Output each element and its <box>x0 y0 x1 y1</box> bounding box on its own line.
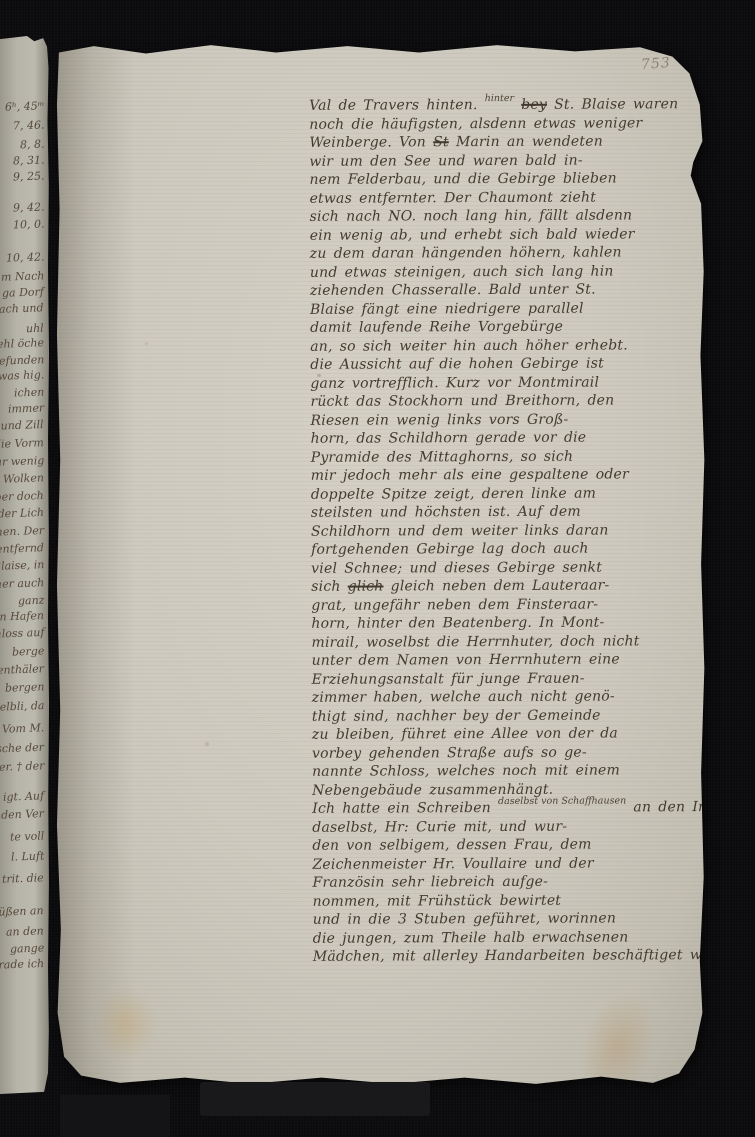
manuscript-line: wir um den See und waren bald in- <box>309 151 681 171</box>
manuscript-line: Blaise fängt eine niedrigere parallel <box>310 299 682 319</box>
manuscript-line: viel Schnee; und dieses Gebirge senkt <box>311 558 683 578</box>
prev-page-text-fragment: müßen an <box>0 905 44 919</box>
prev-page-text-fragment: berge <box>11 645 44 658</box>
manuscript-line: die jungen, zum Theile halb erwachsenen <box>313 928 685 948</box>
manuscript-line: Erziehungsanstalt für junge Frauen- <box>312 669 684 689</box>
manuscript-line: Val de Travers hinten. hinter bey St. Bl… <box>309 95 681 115</box>
prev-page-text-fragment: kl und Zill <box>0 419 44 433</box>
prev-page-text-fragment: immer <box>8 402 45 415</box>
prev-page-text-fragment: l. Luft <box>10 850 44 863</box>
manuscript-line: mirail, woselbst die Herrnhuter, doch ni… <box>311 632 683 652</box>
prev-page-text-fragment: gange <box>10 942 45 955</box>
folio-number: 753 <box>641 55 672 73</box>
prev-page-text-fragment: uhl <box>26 323 44 336</box>
ink-speck <box>205 742 209 746</box>
manuscript-line: zu dem daran hängenden höhern, kahlen <box>310 243 682 263</box>
prev-page-text-fragment: halbsche der <box>0 742 44 757</box>
struck-text: glich <box>348 578 384 594</box>
prev-page-text-fragment: ehl öche <box>0 337 44 351</box>
scan-background: 6ʰ, 45ᵐ7, 46.8, 8.8, 31.9, 25.9, 42.10, … <box>0 0 755 1137</box>
manuscript-line: nannte Schloss, welches noch mit einem <box>312 761 684 781</box>
manuscript-line: vorbey gehenden Straße aufs so ge- <box>312 743 684 763</box>
prev-page-text-fragment: enthäler <box>0 663 44 677</box>
manuscript-line: damit laufende Reihe Vorgebürge <box>310 317 682 337</box>
manuscript-line: Schildhorn und dem weiter links daran <box>311 521 683 541</box>
prev-page-text-fragment: 7, 46. <box>12 119 44 132</box>
prev-page-text-fragment: Gelbli, da <box>0 700 44 714</box>
prev-page-text-fragment: den Hafen <box>0 610 44 624</box>
manuscript-line: steilsten und höchsten ist. Auf dem <box>311 502 683 522</box>
prev-page-text-fragment: an den <box>6 925 44 938</box>
book-block-edge <box>200 1082 430 1116</box>
manuscript-line: mir jedoch mehr als eine gespaltene oder <box>311 465 683 485</box>
prev-page-text-fragment: schen. Der <box>0 525 44 539</box>
manuscript-line: ganz vortrefflich. Kurz vor Montmirail <box>310 373 682 393</box>
ink-speck <box>317 374 321 377</box>
manuscript-line: Ich hatte ein Schreiben daselbst von Sch… <box>312 798 684 818</box>
manuscript-line: ein wenig ab, und erhebt sich bald wiede… <box>310 225 682 245</box>
manuscript-line: Französin sehr liebreich aufge- <box>312 872 684 892</box>
manuscript-line: etwas entfernter. Der Chaumont zieht <box>310 188 682 208</box>
manuscript-line: horn, das Schildhorn gerade vor die <box>311 428 683 448</box>
manuscript-line: ziehenden Chasseralle. Bald unter St. <box>310 280 682 300</box>
prev-page-text-fragment: 9, 25. <box>12 170 44 183</box>
manuscript-line: und in die 3 Stuben geführet, worinnen <box>313 909 685 929</box>
interlinear-insertion: hinter <box>485 90 514 109</box>
prev-page-text-fragment: die Vorm <box>0 437 44 451</box>
prev-page-text-fragment: Vom M. <box>2 722 45 735</box>
manuscript-line: sich nach NO. noch lang hin, fällt alsde… <box>310 206 682 226</box>
prev-page-text-fragment: igt. Auf <box>3 790 44 803</box>
struck-text: bey <box>521 97 547 113</box>
stain <box>95 988 157 1060</box>
manuscript-line: Pyramide des Mittaghorns, so sich <box>311 447 683 467</box>
manuscript-page: 753 Val de Travers hinten. hinter bey St… <box>55 42 705 1086</box>
prev-page-text-fragment: 10, 42. <box>5 251 44 264</box>
manuscript-line: doppelte Spitze zeigt, deren linke am <box>311 484 683 504</box>
manuscript-line: noch die häufigsten, alsdenn etwas wenig… <box>309 114 681 134</box>
manuscript-line: thigt sind, nachher bey der Gemeinde <box>312 706 684 726</box>
prev-page-text-fragment: entfernd <box>0 542 44 556</box>
manuscript-line: und etwas steinigen, auch sich lang hin <box>310 262 682 282</box>
prev-page-text-fragment: Blaise, in <box>0 559 44 573</box>
manuscript-line: zu bleiben, führet eine Allee von der da <box>312 724 684 744</box>
previous-page-edge: 6ʰ, 45ᵐ7, 46.8, 8.8, 31.9, 25.9, 42.10, … <box>0 36 49 1094</box>
manuscript-line: horn, hinter den Beatenberg. In Mont- <box>311 613 683 633</box>
manuscript-line: den von selbigem, dessen Frau, dem <box>312 835 684 855</box>
prev-page-text-fragment: nd der Lich <box>0 507 44 521</box>
prev-page-text-fragment: m Nach <box>0 270 44 284</box>
manuscript-line: sich glich gleich neben dem Lauteraar- <box>311 576 683 596</box>
prev-page-text-fragment: 6ʰ, 45ᵐ <box>4 100 44 113</box>
manuscript-text: Val de Travers hinten. hinter bey St. Bl… <box>309 95 685 966</box>
prev-page-text-fragment: ga Dorf <box>2 286 44 299</box>
manuscript-line: nommen, mit Frühstück bewirtet <box>313 891 685 911</box>
struck-text: St <box>433 134 449 150</box>
prev-page-text-fragment: ach und <box>0 302 44 316</box>
interlinear-insertion: daselbst von Schaffhausen <box>498 792 626 811</box>
prev-page-text-fragment: her auch <box>0 577 44 591</box>
prev-page-text-fragment: aber doch <box>0 490 44 504</box>
manuscript-page-wrap: 753 Val de Travers hinten. hinter bey St… <box>55 42 705 1086</box>
prev-page-text-fragment: trit. die <box>2 872 44 885</box>
manuscript-line: grat, ungefähr neben dem Finsteraar- <box>311 595 683 615</box>
prev-page-text-fragment: te voll <box>9 830 44 843</box>
manuscript-line: Mädchen, mit allerley Handarbeiten besch… <box>313 946 685 966</box>
prev-page-text-fragment: 8, 8. <box>19 139 44 152</box>
prev-page-text-fragment: Schloss auf <box>0 627 44 641</box>
prev-page-text-fragment: ganz <box>17 595 44 608</box>
prev-page-text-fragment: bergen <box>4 681 44 694</box>
manuscript-line: an, so sich weiter hin auch höher erhebt… <box>310 336 682 356</box>
manuscript-line: unter dem Namen von Herrnhutern eine <box>312 650 684 670</box>
manuscript-line: daselbst, Hr: Curie mit, und wur- <box>312 817 684 837</box>
prev-page-text-fragment: gerade ich <box>0 958 44 972</box>
prev-page-text-fragment: ichen <box>13 386 44 399</box>
prev-page-text-fragment: 8, 31. <box>12 154 44 167</box>
prev-page-text-fragment: er. † der <box>0 760 44 774</box>
cloth-fold <box>60 1095 170 1137</box>
manuscript-line: Riesen ein wenig links vors Groß- <box>310 410 682 430</box>
manuscript-line: rückt das Stockhorn und Breithorn, den <box>310 391 682 411</box>
prev-page-text-fragment: Wolken <box>3 472 44 485</box>
manuscript-line: fortgehenden Gebirge lag doch auch <box>311 539 683 559</box>
gutter-shadow <box>55 42 135 1086</box>
prev-page-text-fragment: gefunden <box>0 354 44 368</box>
manuscript-line: die Aussicht auf die hohen Gebirge ist <box>310 354 682 374</box>
manuscript-line: Zeichenmeister Hr. Voullaire und der <box>312 854 684 874</box>
manuscript-line: Weinberge. Von St Marin an wendeten <box>309 132 681 152</box>
ink-speck <box>145 342 148 345</box>
manuscript-line: zimmer haben, welche auch nicht genö- <box>312 687 684 707</box>
prev-page-text-fragment: war wenig <box>0 455 44 469</box>
prev-page-text-fragment: was hig. <box>0 369 44 383</box>
prev-page-text-fragment: 10, 0. <box>12 218 44 231</box>
ink-speck <box>533 604 536 607</box>
stain <box>567 982 668 1086</box>
manuscript-line: nem Felderbau, und die Gebirge blieben <box>309 169 681 189</box>
prev-page-text-fragment: nden Ver <box>0 808 44 822</box>
prev-page-text-fragment: 9, 42. <box>12 201 44 214</box>
